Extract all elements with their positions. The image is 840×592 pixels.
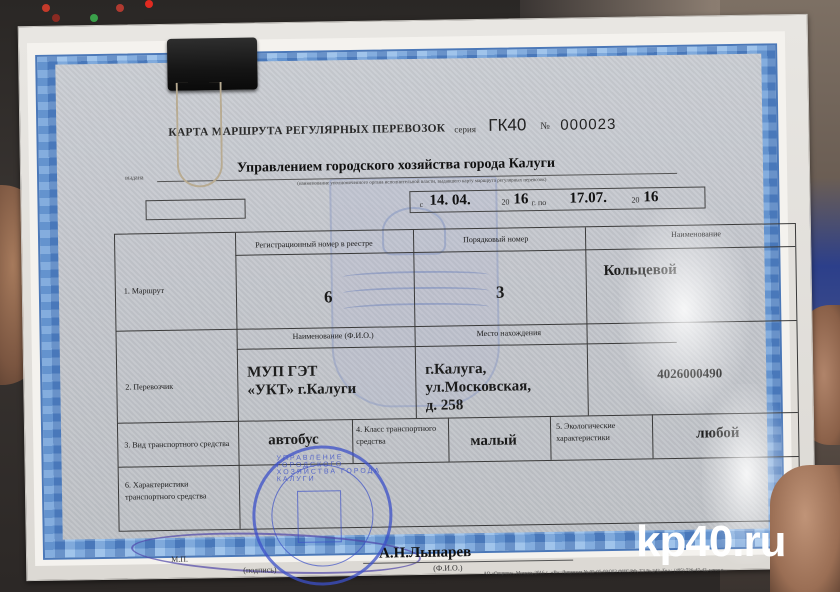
vehicle-type-label: 3. Вид транспортного средства xyxy=(124,439,229,450)
eco-label-1: 5. Экологические xyxy=(556,421,615,431)
stamp-text: УПРАВЛЕНИЕ ГОРОДСКОГО ХОЗЯЙСТВА ГОРОДА К… xyxy=(276,453,388,483)
carrier-address-line3: д. 258 xyxy=(426,397,464,415)
registry-number-header: Регистрационный номер в реестре xyxy=(255,239,373,250)
carrier-name-line2: «УКТ» г.Калуги xyxy=(247,381,356,400)
table-line xyxy=(652,414,654,458)
signer-name: А.Н.Лыпарев xyxy=(379,544,471,562)
binder-clip-handle xyxy=(176,82,224,188)
series-value: ГК40 xyxy=(488,115,526,136)
name-caption: (Ф.И.О.) xyxy=(433,563,462,572)
background-light xyxy=(52,14,60,22)
certificate-sheet: КАРТА МАРШРУТА РЕГУЛЯРНЫХ ПЕРЕВОЗОК сери… xyxy=(27,31,793,566)
background-light xyxy=(116,4,124,12)
validity-from-label: с xyxy=(419,200,423,209)
background-light xyxy=(145,0,153,8)
number-label: № xyxy=(540,121,550,132)
printer-footer: АО «Опцион», Москва, 2016 г., «В». Лицен… xyxy=(483,568,727,577)
table-line xyxy=(235,233,241,529)
serial-number-value: 3 xyxy=(496,283,505,303)
background-light xyxy=(42,4,50,12)
background-light xyxy=(90,14,98,22)
validity-to-year: 16 xyxy=(643,189,658,206)
certificate-body: КАРТА МАРШРУТА РЕГУЛЯРНЫХ ПЕРЕВОЗОК сери… xyxy=(55,54,768,540)
validity-from-year: 16 xyxy=(513,191,528,208)
stamp-emblem-icon xyxy=(297,490,342,543)
eco-label-2: характеристики xyxy=(556,433,610,443)
validity-from-date: 14. 04. xyxy=(429,192,471,210)
carrier-address-line2: ул.Московская, xyxy=(425,378,531,397)
vehicle-class-value: малый xyxy=(470,432,517,450)
table-line xyxy=(585,227,589,415)
characteristics-label-1: 6. Характеристики xyxy=(125,480,189,490)
registry-number-value: 6 xyxy=(324,287,333,307)
route-row-label: 1. Маршрут xyxy=(124,286,164,296)
issuer-name: Управлением городского хозяйства города … xyxy=(237,156,555,177)
seal-label: М.П. xyxy=(171,555,188,564)
issued-label: выдана xyxy=(125,175,144,181)
carrier-address-header: Место нахождения xyxy=(477,328,542,338)
carrier-name-line1: МУП ГЭТ xyxy=(247,364,318,382)
series-label: серия xyxy=(454,124,476,134)
number-value: 000023 xyxy=(560,116,616,134)
vehicle-class-label-2: средства xyxy=(356,437,385,446)
characteristics-label-2: транспортного средства xyxy=(125,491,206,501)
vehicle-class-label-1: 4. Класс транспортного xyxy=(356,424,436,434)
table-line xyxy=(448,418,450,462)
table-line xyxy=(237,342,677,350)
blank-field-box xyxy=(145,199,245,221)
plastic-sleeve: КАРТА МАРШРУТА РЕГУЛЯРНЫХ ПЕРЕВОЗОК сери… xyxy=(18,14,817,581)
carrier-name-header: Наименование (Ф.И.О.) xyxy=(293,331,374,341)
table-line xyxy=(119,456,799,468)
serial-number-header: Порядковый номер xyxy=(463,234,528,244)
signature-caption: (подпись) xyxy=(243,565,276,575)
validity-to-label: г. по xyxy=(531,198,546,207)
site-watermark: kp40.ru xyxy=(636,517,786,567)
carrier-row-label: 2. Перевозчик xyxy=(125,382,173,392)
table-line xyxy=(550,416,552,460)
validity-to-century: 20 xyxy=(631,195,639,204)
validity-to-date: 17.07. xyxy=(569,190,607,208)
carrier-address-line1: г.Калуга, xyxy=(425,361,486,379)
validity-from-century: 20 xyxy=(501,198,509,207)
table-line xyxy=(413,230,417,418)
